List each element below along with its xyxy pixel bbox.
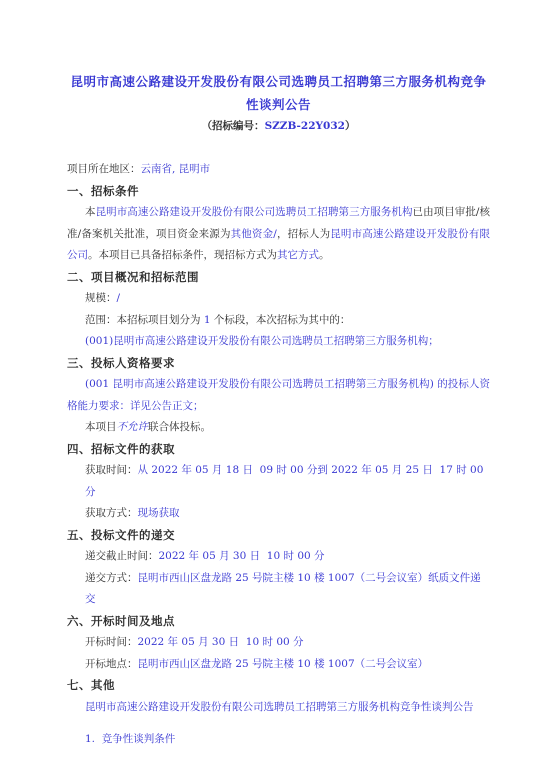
section-3-heading: 三、投标人资格要求	[67, 353, 490, 375]
page-title: 昆明市高速公路建设开发股份有限公司选聘员工招聘第三方服务机构竞争性谈判公告	[67, 70, 490, 116]
s1-funding-source: 其他资金/	[231, 228, 277, 240]
project-region-line: 项目所在地区：云南省, 昆明市	[67, 159, 490, 181]
opening-time-line: 开标时间：2022 年 05 月 30 日 10 时 00 分	[67, 632, 490, 654]
s1-run-7: 。本项目已具备招标条件，现招标方式为	[88, 249, 277, 261]
submit-method-line: 递交方式：昆明市西山区盘龙路 25 号院主楼 10 楼 1007（二号会议室）纸…	[67, 568, 490, 611]
tender-number-line: （招标编号：SZZB-22Y032）	[67, 116, 490, 137]
announcement-title-line: 昆明市高速公路建设开发股份有限公司选聘员工招聘第三方服务机构竞争性谈判公告	[67, 697, 490, 719]
section-7-heading: 七、其他	[67, 675, 490, 697]
qualification-paragraph: (001 昆明市高速公路建设开发股份有限公司选聘员工招聘第三方服务机构) 的投标…	[67, 374, 490, 417]
scale-label: 规模：	[85, 292, 117, 304]
obtain-method-line: 获取方式：现场获取	[67, 503, 490, 525]
consortium-run-1: 本项目	[85, 421, 117, 433]
section-4-heading: 四、招标文件的获取	[67, 439, 490, 461]
scale-line: 规模：/	[67, 288, 490, 310]
tender-number-suffix: ）	[345, 120, 356, 132]
consortium-run-3: 联合体投标。	[148, 421, 211, 433]
scope-run-1: 范围：本招标项目划分为	[85, 314, 204, 326]
opening-place-line: 开标地点：昆明市西山区盘龙路 25 号院主楼 10 楼 1007（二号会议室）	[67, 654, 490, 676]
obtain-time-line: 获取时间：从 2022 年 05 月 18 日 09 时 00 分到 2022 …	[67, 460, 490, 503]
section-5-heading: 五、投标文件的递交	[67, 525, 490, 547]
s1-tender-method: 其它方式	[277, 249, 319, 261]
document-page: 昆明市高速公路建设开发股份有限公司选聘员工招聘第三方服务机构竞争性谈判公告 （招…	[0, 0, 554, 783]
scope-run-3: 个标段，本次招标为其中的：	[211, 314, 351, 326]
s1-run-5: ，招标人为	[277, 228, 330, 240]
region-value: 云南省, 昆明市	[141, 163, 211, 175]
section-1-paragraph: 本昆明市高速公路建设开发股份有限公司选聘员工招聘第三方服务机构已由项目审批/核准…	[67, 202, 490, 267]
tender-number-prefix: （招标编号：	[202, 120, 265, 132]
obtain-time-value: 从 2022 年 05 月 18 日 09 时 00 分到 2022 年 05 …	[85, 464, 487, 498]
opening-place-label: 开标地点：	[85, 658, 138, 670]
lot-count: 1	[204, 314, 211, 326]
submit-method-value: 昆明市西山区盘龙路 25 号院主楼 10 楼 1007（二号会议室）纸质文件递交	[85, 572, 481, 606]
section-6-heading: 六、开标时间及地点	[67, 611, 490, 633]
scale-value: /	[117, 292, 121, 304]
obtain-method-label: 获取方式：	[85, 507, 138, 519]
opening-place-value: 昆明市西山区盘龙路 25 号院主楼 10 楼 1007（二号会议室）	[138, 658, 429, 670]
consortium-line: 本项目不允许联合体投标。	[67, 417, 490, 439]
submit-deadline-value: 2022 年 05 月 30 日 10 时 00 分	[159, 550, 325, 562]
consortium-not-allowed: 不允许	[117, 421, 149, 433]
obtain-time-label: 获取时间：	[85, 464, 138, 476]
submit-method-label: 递交方式：	[85, 572, 138, 584]
lot-name-line: (001)昆明市高速公路建设开发股份有限公司选聘员工招聘第三方服务机构；	[67, 331, 490, 353]
s1-run-1: 本	[85, 206, 96, 218]
section-2-heading: 二、项目概况和招标范围	[67, 267, 490, 289]
obtain-method-value: 现场获取	[138, 507, 180, 519]
scope-line: 范围：本招标项目划分为 1 个标段，本次招标为其中的：	[67, 310, 490, 332]
negotiation-conditions-item: 1. 竞争性谈判条件	[67, 729, 490, 751]
opening-time-value: 2022 年 05 月 30 日 10 时 00 分	[138, 636, 304, 648]
opening-time-label: 开标时间：	[85, 636, 138, 648]
s1-project-name: 昆明市高速公路建设开发股份有限公司选聘员工招聘第三方服务机构	[96, 206, 413, 218]
tender-number-value: SZZB-22Y032	[265, 120, 345, 132]
s1-run-9: 。	[319, 249, 330, 261]
region-label: 项目所在地区：	[67, 163, 141, 175]
submit-deadline-label: 递交截止时间：	[85, 550, 159, 562]
section-1-heading: 一、招标条件	[67, 181, 490, 203]
submit-deadline-line: 递交截止时间：2022 年 05 月 30 日 10 时 00 分	[67, 546, 490, 568]
